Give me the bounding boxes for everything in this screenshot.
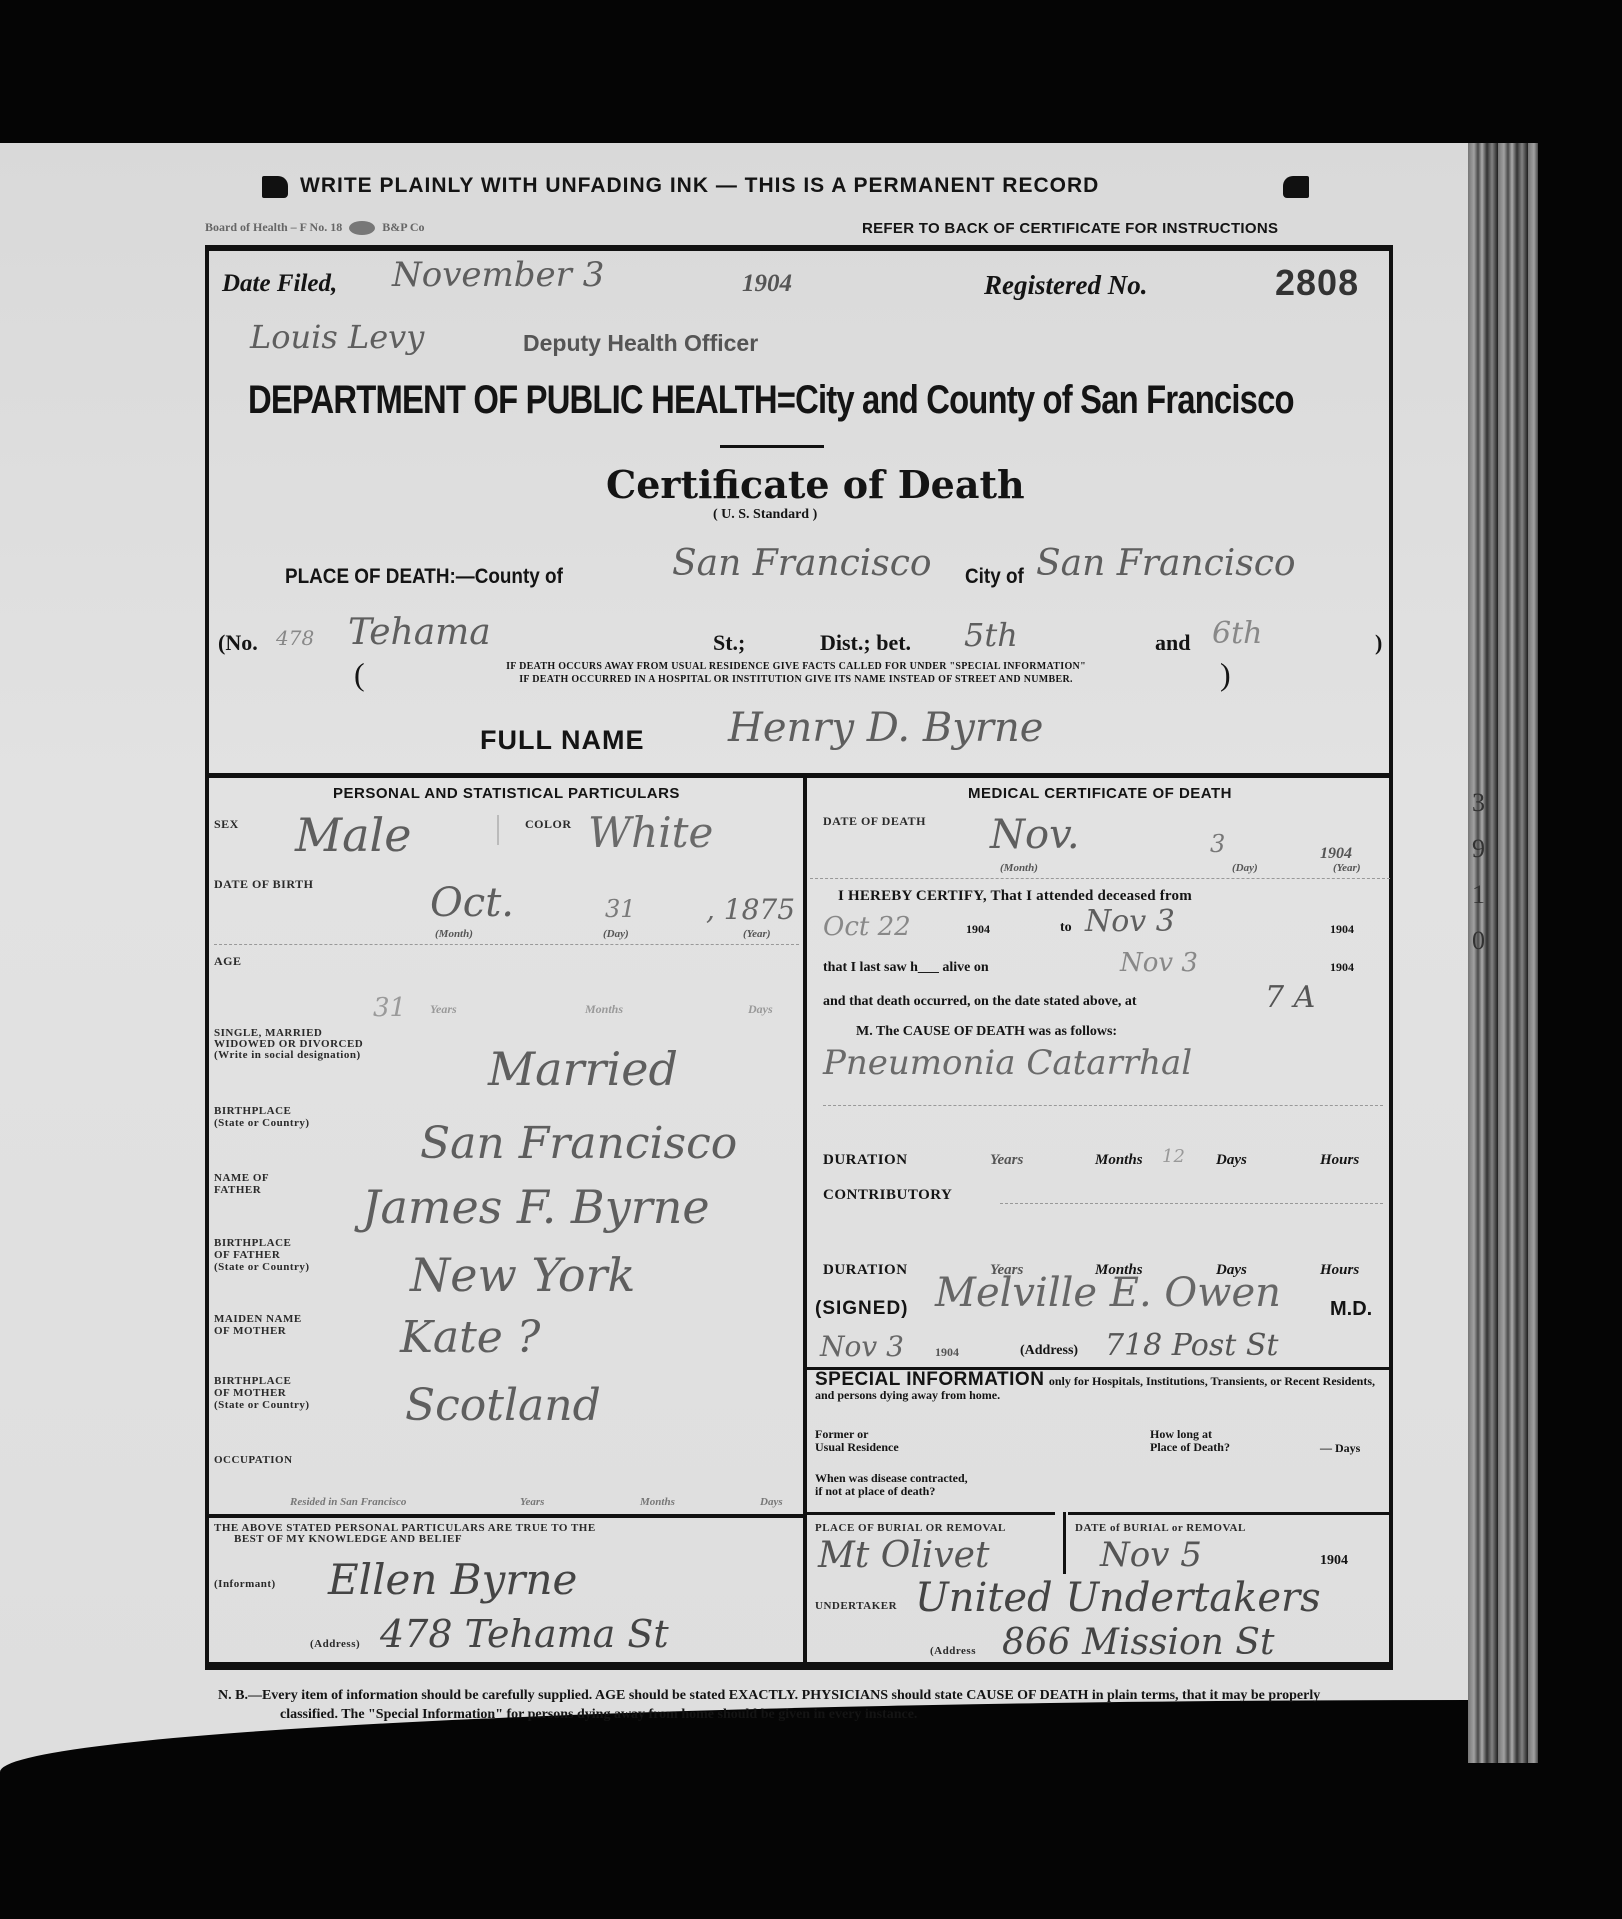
column-divider [803,773,807,1670]
certify-text: I HEREBY CERTIFY, That I attended deceas… [838,888,1192,905]
burial-date-value: Nov 5 [1100,1535,1202,1575]
attended-from-value: Oct 22 [823,912,911,942]
dob-day-value: 31 [605,895,636,923]
deputy-officer-signature: Louis Levy [250,318,424,356]
father-bp-label-line-1: BIRTHPLACE [214,1237,310,1249]
pointing-hand-right-icon [1283,176,1309,198]
burial-divider-left [805,1512,1055,1515]
date-filed-year: 1904 [742,270,792,298]
from-year: 1904 [966,922,990,937]
undertaker-value: United Undertakers [915,1575,1321,1621]
city-value: San Francisco [1036,543,1296,584]
dod-year-value: 1904 [1320,845,1352,863]
informant-statement-line-2: BEST OF MY KNOWLEDGE AND BELIEF [214,1534,596,1545]
note-close-paren: ) [1220,656,1231,693]
dob-month-value: Oct. [430,880,514,926]
to-year: 1904 [1330,922,1354,937]
street-no-label: (No. [218,630,258,656]
street-suffix-label: St.; [713,630,745,656]
permanent-record-warning: WRITE PLAINLY WITH UNFADING INK — THIS I… [300,174,1099,198]
title-rule [720,445,824,448]
attended-to-value: Nov 3 [1085,904,1175,939]
father-label-line-1: NAME OF [214,1172,269,1184]
edge-mark: 0 [1472,918,1492,964]
instructions-note: REFER TO BACK OF CERTIFICATE FOR INSTRUC… [862,220,1278,237]
how-long-label: How long at Place of Death? [1150,1428,1230,1454]
to-label: to [1060,920,1072,936]
how-long-line-2: Place of Death? [1150,1441,1230,1454]
dob-year-value: , 1875 [706,893,795,926]
father-name-value: James F. Byrne [362,1180,710,1234]
certificate-form-border [205,245,1393,1670]
burial-date-label: DATE of BURIAL or REMOVAL [1075,1522,1246,1534]
dod-month-value: Nov. [990,812,1080,858]
father-bp-label-line-2: OF FATHER [214,1249,310,1261]
sex-color-separator [497,815,499,845]
marital-label-line-3: (Write in social designation) [214,1050,363,1061]
dob-divider [214,944,799,945]
mother-name-label: MAIDEN NAME OF MOTHER [214,1313,302,1337]
informant-address-value: 478 Tehama St [380,1612,669,1656]
birthplace-label-line-1: BIRTHPLACE [214,1105,310,1117]
resided-years: Years [520,1496,544,1508]
age-years-value: 31 [373,993,406,1023]
mother-birthplace-label: BIRTHPLACE OF MOTHER (State or Country) [214,1375,310,1411]
informant-name-value: Ellen Byrne [328,1555,577,1604]
undertaker-label: UNDERTAKER [815,1600,897,1612]
duration-label-2: DURATION [823,1262,908,1279]
duration-months: Months [1095,1152,1143,1169]
street-value: Tehama [348,612,491,653]
cause-of-death-value: Pneumonia Catarrhal [823,1043,1192,1083]
last-saw-label: that I last saw h___ alive on [823,960,989,976]
age-years-caption: Years [430,1002,457,1017]
date-filed-value: November 3 [392,255,604,295]
color-value: White [588,808,713,857]
mother-label-line-1: MAIDEN NAME [214,1313,302,1325]
dod-month-caption: (Month) [1000,862,1038,874]
marital-status-label: SINGLE, MARRIED WIDOWED OR DIVORCED (Wri… [214,1028,363,1061]
burial-column-divider [1063,1512,1066,1574]
marital-status-value: Married [488,1042,678,1096]
father-birthplace-value: New York [410,1248,635,1302]
resided-months: Months [640,1496,675,1508]
duration-years: Years [990,1152,1023,1169]
between-street-2: 6th [1212,616,1262,651]
age-months-caption: Months [585,1002,623,1017]
mother-label-line-2: OF MOTHER [214,1325,302,1337]
former-residence-label: Former or Usual Residence [815,1428,899,1454]
county-value: San Francisco [672,543,932,584]
birthplace-value: San Francisco [420,1118,737,1169]
signed-label: (SIGNED) [815,1298,909,1320]
contracted-line-2: if not at place of death? [815,1485,968,1498]
cause-intro-text: M. The CAUSE OF DEATH was as follows: [856,1024,1117,1040]
father-birthplace-label: BIRTHPLACE OF FATHER (State or Country) [214,1237,310,1273]
contributory-line [1000,1203,1383,1204]
mother-bp-label-line-2: OF MOTHER [214,1387,310,1399]
informant-label: (Informant) [214,1578,276,1590]
note-open-paren: ( [354,656,365,693]
informant-statement: THE ABOVE STATED PERSONAL PARTICULARS AR… [214,1523,596,1545]
duration-label: DURATION [823,1152,908,1169]
personal-heading: PERSONAL AND STATISTICAL PARTICULARS [210,785,803,802]
residence-note-line-1: IF DEATH OCCURS AWAY FROM USUAL RESIDENC… [376,660,1216,673]
special-info-heading: SPECIAL INFORMATION [815,1369,1044,1390]
date-of-birth-label: DATE OF BIRTH [214,878,313,890]
cause-line-2 [823,1105,1383,1106]
color-label: COLOR [525,818,572,830]
age-label: AGE [214,955,242,967]
contracted-label: When was disease contracted, if not at p… [815,1472,968,1498]
dob-year-caption: (Year) [743,928,771,940]
birthplace-label: BIRTHPLACE (State or Country) [214,1105,310,1129]
resided-label: Resided in San Francisco [290,1496,406,1508]
burial-place-value: Mt Olivet [818,1535,989,1576]
signed-year: 1904 [935,1345,959,1360]
last-saw-year: 1904 [1330,960,1354,975]
street-close-paren: ) [1375,630,1382,656]
duration-hours: Hours [1320,1152,1359,1169]
registered-no-label: Registered No. [984,270,1147,301]
mother-bp-label-line-1: BIRTHPLACE [214,1375,310,1387]
last-saw-value: Nov 3 [1120,948,1198,978]
nota-bene: N. B.—Every item of information should b… [218,1686,1330,1724]
undertaker-address-label: (Address [930,1645,976,1657]
deputy-officer-title: Deputy Health Officer [523,330,758,357]
mother-birthplace-value: Scotland [405,1380,601,1431]
place-of-death-label: PLACE OF DEATH:—County of [285,565,563,589]
dob-day-caption: (Day) [603,928,629,940]
informant-address-label: (Address) [310,1638,360,1650]
residence-note: IF DEATH OCCURS AWAY FROM USUAL RESIDENC… [376,660,1216,686]
us-standard-label: ( U. S. Standard ) [713,507,817,523]
dod-year-caption: (Year) [1333,862,1361,874]
certificate-title: Certificate of Death [606,462,1025,507]
birthplace-label-line-2: (State or Country) [214,1117,310,1129]
and-label: and [1155,630,1190,656]
duration-value: 12 [1162,1146,1185,1167]
registered-number: 2808 [1275,262,1359,304]
edge-mark: 3 [1472,780,1492,826]
age-days-caption: Days [748,1002,773,1017]
duration-days: Days [1216,1152,1247,1169]
how-long-days: — Days [1320,1441,1360,1456]
union-label-seal-icon [349,221,375,235]
edge-mark: 9 [1472,826,1492,872]
father-name-label: NAME OF FATHER [214,1172,269,1196]
physician-address-label: (Address) [1020,1343,1078,1359]
occurred-text: and that death occurred, on the date sta… [823,994,1137,1010]
burial-year-value: 1904 [1320,1553,1348,1569]
dod-day-caption: (Day) [1232,862,1258,874]
informant-divider [205,1514,805,1518]
residence-note-line-2: IF DEATH OCCURRED IN A HOSPITAL OR INSTI… [376,673,1216,686]
burial-place-label: PLACE OF BURIAL OR REMOVAL [815,1522,1006,1534]
father-label-line-2: FATHER [214,1184,269,1196]
physician-address-value: 718 Post St [1105,1328,1278,1363]
between-street-1: 5th [964,616,1018,654]
occupation-label: OCCUPATION [214,1454,293,1466]
undertaker-address-value: 866 Mission St [1002,1622,1274,1663]
dod-divider [810,878,1390,879]
full-name-value: Henry D. Byrne [728,705,1043,751]
mother-name-value: Kate ? [400,1312,540,1363]
contributory-label: CONTRIBUTORY [823,1187,952,1204]
medical-heading: MEDICAL CERTIFICATE OF DEATH [810,785,1390,802]
form-number: Board of Health – F No. 18 [205,220,342,234]
mother-bp-label-line-3: (State or Country) [214,1399,310,1411]
edge-marks: 3 9 1 0 [1472,780,1492,964]
edge-mark: 1 [1472,872,1492,918]
date-filed-label: Date Filed, [222,270,337,298]
dob-month-caption: (Month) [435,928,473,940]
physician-signature: Melville E. Owen [935,1270,1281,1316]
resided-days: Days [760,1496,783,1508]
form-reference: Board of Health – F No. 18 B&P Co [205,220,425,235]
sex-value: Male [295,808,411,862]
sex-label: SEX [214,818,239,830]
father-bp-label-line-3: (State or Country) [214,1261,310,1273]
special-info-header: SPECIAL INFORMATION only for Hospitals, … [815,1373,1380,1402]
dod-day-value: 3 [1210,830,1225,858]
md-label: M.D. [1330,1298,1372,1321]
city-label: City of [965,565,1024,589]
duration-hours-2: Hours [1320,1262,1359,1279]
time-of-death-value: 7 A [1265,980,1315,1015]
section-divider [205,773,1393,778]
full-name-label: FULL NAME [480,725,645,756]
district-label: Dist.; bet. [820,630,911,656]
department-title: DEPARTMENT OF PUBLIC HEALTH=City and Cou… [248,378,1294,423]
printer-mark: B&P Co [382,220,424,234]
street-number-value: 478 [276,626,314,650]
date-of-death-label: DATE OF DEATH [823,815,926,827]
signed-date-value: Nov 3 [820,1330,904,1363]
former-residence-line-2: Usual Residence [815,1441,899,1454]
burial-divider-right [1068,1512,1393,1515]
pointing-hand-left-icon [262,176,288,198]
